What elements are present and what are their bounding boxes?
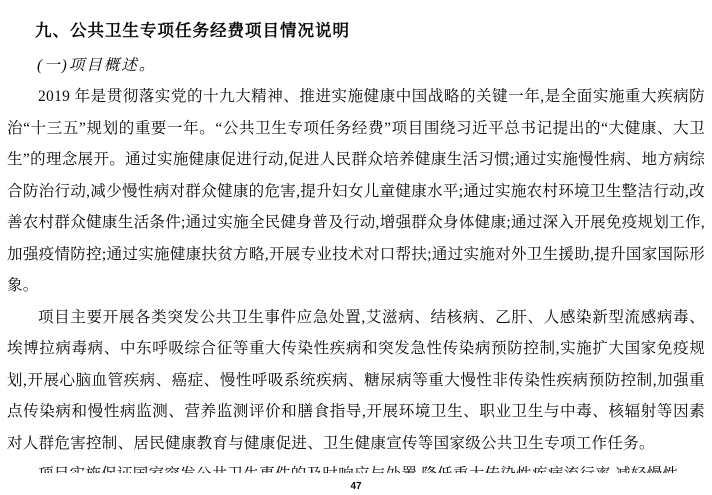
page-number: 47 [0, 481, 712, 492]
section-title: 九、公共卫生专项任务经费项目情况说明 [35, 18, 705, 44]
paragraph-implementation: 项目实施保证国家突发公共卫生事件的及时响应与处置,降低重大传染性疾病流行率,减轻… [7, 459, 705, 473]
paragraph-main-tasks: 项目主要开展各类突发公共卫生事件应急处置,艾滋病、结核病、乙肝、人感染新型流感病… [7, 302, 705, 460]
paragraph-overview: 2019 年是贯彻落实党的十九大精神、推进实施健康中国战略的关键一年,是全面实施… [7, 81, 705, 302]
document-content: 九、公共卫生专项任务经费项目情况说明 (一)项目概述。 2019 年是贯彻落实党… [7, 14, 705, 473]
subsection-heading: (一)项目概述。 [37, 54, 705, 78]
document-page: 九、公共卫生专项任务经费项目情况说明 (一)项目概述。 2019 年是贯彻落实党… [0, 0, 712, 495]
